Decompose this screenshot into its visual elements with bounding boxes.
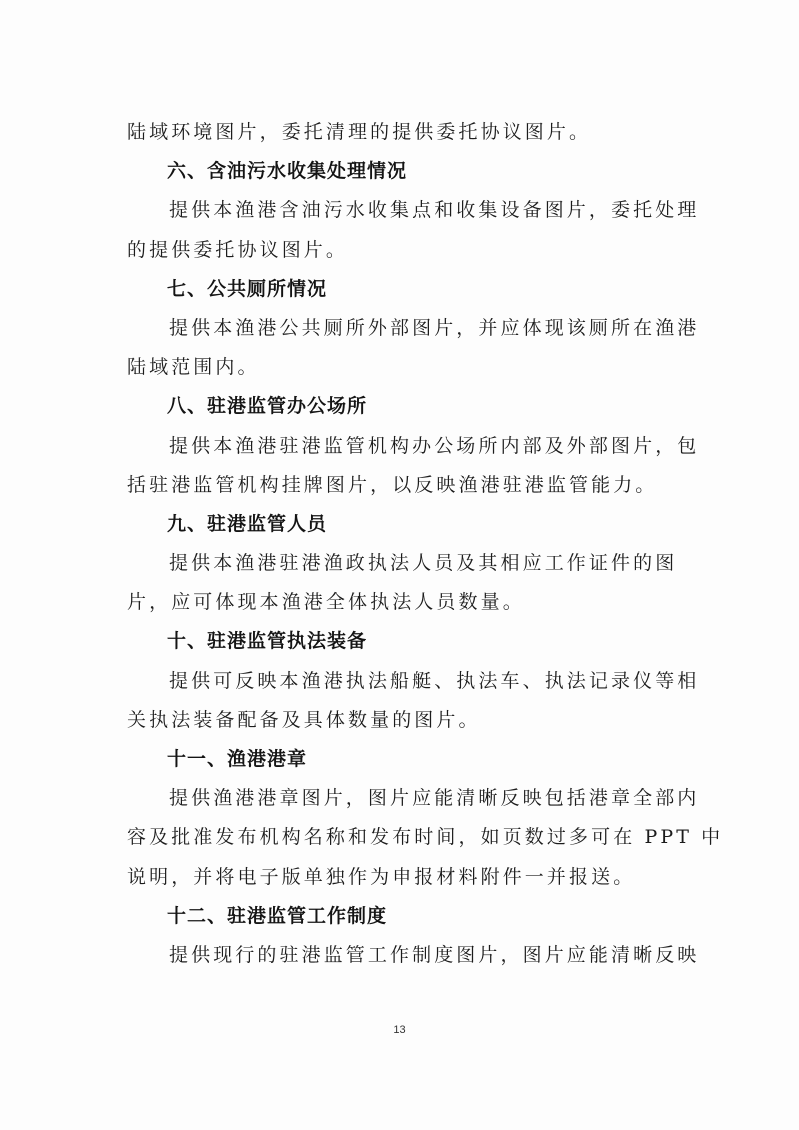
section-heading-12: 十二、驻港监管工作制度 [127,897,672,936]
body-line: 的提供委托协议图片。 [127,231,672,270]
section-heading-10: 十、驻港监管执法装备 [127,622,672,661]
body-line: 关执法装备配备及具体数量的图片。 [127,701,672,740]
page-content: 陆域环境图片，委托清理的提供委托协议图片。 六、含油污水收集处理情况 提供本渔港… [127,113,672,975]
body-line: 说明，并将电子版单独作为申报材料附件一并报送。 [127,858,672,897]
body-line: 容及批准发布机构名称和发布时间，如页数过多可在 PPT 中 [127,818,672,857]
section-heading-11: 十一、渔港港章 [127,740,672,779]
section-heading-7: 七、公共厕所情况 [127,270,672,309]
section-heading-8: 八、驻港监管办公场所 [127,387,672,426]
body-line: 陆域范围内。 [127,348,672,387]
body-line: 陆域环境图片，委托清理的提供委托协议图片。 [127,113,672,152]
body-line: 括驻港监管机构挂牌图片，以反映渔港驻港监管能力。 [127,466,672,505]
body-line: 提供本渔港公共厕所外部图片，并应体现该厕所在渔港 [127,309,672,348]
section-heading-6: 六、含油污水收集处理情况 [127,152,672,191]
body-line: 提供可反映本渔港执法船艇、执法车、执法记录仪等相 [127,662,672,701]
body-line: 提供本渔港含油污水收集点和收集设备图片，委托处理 [127,191,672,230]
page-number: 13 [0,1024,799,1036]
body-line: 提供本渔港驻港监管机构办公场所内部及外部图片，包 [127,427,672,466]
document-page: 陆域环境图片，委托清理的提供委托协议图片。 六、含油污水收集处理情况 提供本渔港… [0,0,799,1130]
body-line: 片，应可体现本渔港全体执法人员数量。 [127,583,672,622]
body-line: 提供本渔港驻港渔政执法人员及其相应工作证件的图 [127,544,672,583]
body-line: 提供渔港港章图片，图片应能清晰反映包括港章全部内 [127,779,672,818]
body-line: 提供现行的驻港监管工作制度图片，图片应能清晰反映 [127,936,672,975]
section-heading-9: 九、驻港监管人员 [127,505,672,544]
